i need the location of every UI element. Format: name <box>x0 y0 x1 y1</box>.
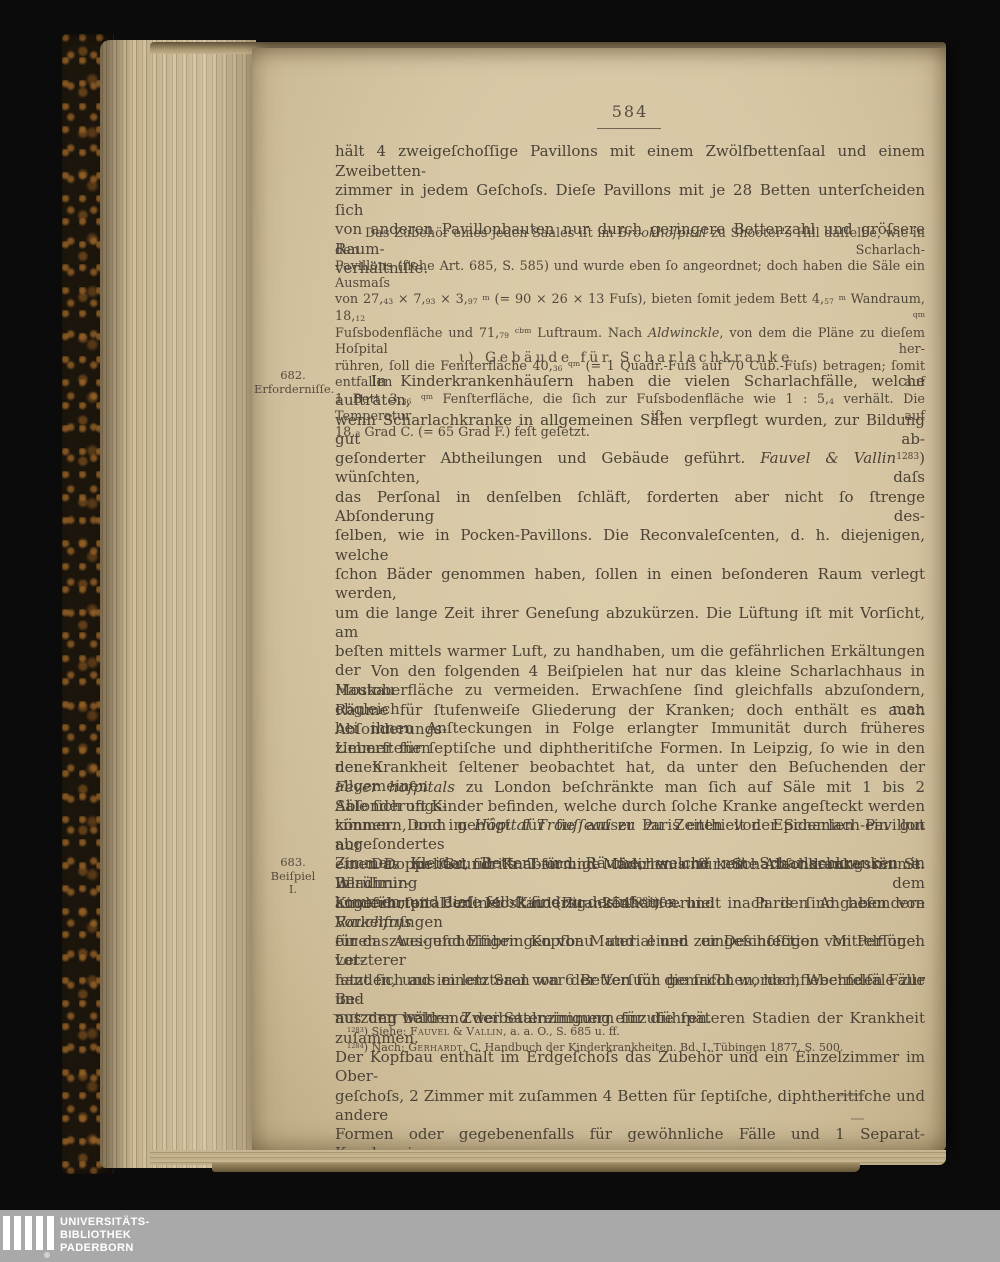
logo-bar <box>25 1216 32 1250</box>
text-line: ſchon Bäder genommen haben, ſollen in ei… <box>335 565 925 604</box>
text-line: von 27,43 × 7,93 × 3,97 m (= 90 × 26 × 1… <box>335 292 925 325</box>
text-line: geſchoſs, 2 Zimmer mit zuſammen 4 Betten… <box>335 1087 925 1126</box>
text-line: 1283) Siehe: Fauvel & Vallin, a. a. O., … <box>347 1024 909 1040</box>
text-line: Räume für ſtufenweiſe Gliederung der Kra… <box>335 701 925 740</box>
footnotes: 1283) Siehe: Fauvel & Vallin, a. a. O., … <box>347 1024 909 1055</box>
library-name: UNIVERSITÄTS-BIBLIOTHEKPADERBORN <box>60 1216 150 1255</box>
text-line: Pavillons (ſiehe Art. 685, S. 585) und w… <box>335 259 925 292</box>
book-bottom-edge-shadow <box>212 1163 860 1172</box>
text-line: Fever hoſpitals zu London beſchränkte ma… <box>335 778 925 817</box>
library-brand-bar: UNIVERSITÄTS-BIBLIOTHEKPADERBORN <box>0 1210 1000 1262</box>
margin-note-682: 682.Erforderniſſe. <box>254 369 332 396</box>
margin-note-683: 683.BeiſpielI. <box>254 856 332 897</box>
pencil-mark <box>851 1118 864 1120</box>
text-line: PADERBORN <box>60 1242 150 1255</box>
text-line: wenn Scharlachkranke in allgemeinen Säle… <box>335 411 925 450</box>
library-logo-icon <box>3 1216 57 1260</box>
book-scan-viewer: 584 hält 4 zweigeſchoſſige Pavillons mit… <box>0 0 1000 1262</box>
text-line: BIBLIOTHEK <box>60 1229 150 1242</box>
text-line: ſelben, wie in Pocken-Pavillons. Die Rec… <box>335 526 925 565</box>
book-page: 584 hält 4 zweigeſchoſſige Pavillons mit… <box>252 48 946 1152</box>
text-line: Von den folgenden 4 Beiſpielen hat nur d… <box>335 662 925 701</box>
page-number: 584 <box>335 102 925 121</box>
text-line: 1284) Nach: Gerhardt, C. Handbuch der Ki… <box>347 1040 909 1056</box>
text-line: Beiſpiel <box>254 870 332 884</box>
text-line: geſonderter Abtheilungen und Gebäude gef… <box>335 449 925 488</box>
text-line: In Kinderkrankenhäuſern haben die vielen… <box>335 372 925 411</box>
logo-bar <box>14 1216 21 1250</box>
text-line: 682. <box>254 369 332 383</box>
text-line: I. <box>254 883 332 897</box>
text-line: zimmern, und im Hôpital Trouſſeau zu Par… <box>335 816 925 855</box>
text-line: das Perſonal in denſelben ſchläft, forde… <box>335 488 925 527</box>
logo-dot <box>44 1252 50 1258</box>
text-line: Kinderhoſpital zu Moskau (Fig. 2541284) … <box>335 894 925 933</box>
page-stack-fore-edge <box>100 40 256 1168</box>
text-line: zimmer in jedem Geſchoſs. Dieſe Pavillon… <box>335 181 925 220</box>
text-line: Erforderniſſe. <box>254 383 332 397</box>
text-line: Das im Grundriſs T-förmige Iſolirhaus fü… <box>335 855 925 894</box>
text-line: zimmer für ſeptiſche und diphtheritiſche… <box>335 739 925 778</box>
paragraph-example-1: Das im Grundriſs T-förmige Iſolirhaus fü… <box>335 855 925 1164</box>
logo-bar <box>47 1216 54 1250</box>
text-line: hält 4 zweigeſchoſſige Pavillons mit ein… <box>335 142 925 181</box>
text-line: Das Zubehör eines jeden Saales iſt im Br… <box>335 226 925 259</box>
text-line: um die lange Zeit ihrer Geneſung abzukür… <box>335 604 925 643</box>
text-line: UNIVERSITÄTS- <box>60 1216 150 1229</box>
page-number-rule <box>597 128 661 129</box>
section-heading: ι) Gebäude für Scharlachkranke. <box>335 350 925 366</box>
text-line: 683. <box>254 856 332 870</box>
text-line: ſetzt ſich aus einem Saal von 6 Betten f… <box>335 971 925 1010</box>
logo-bar <box>36 1216 43 1250</box>
logo-bar <box>3 1216 10 1250</box>
footnote-rule <box>333 1014 433 1015</box>
text-line: einen zweigeſchoſſigen Kopfbau und einen… <box>335 932 925 971</box>
